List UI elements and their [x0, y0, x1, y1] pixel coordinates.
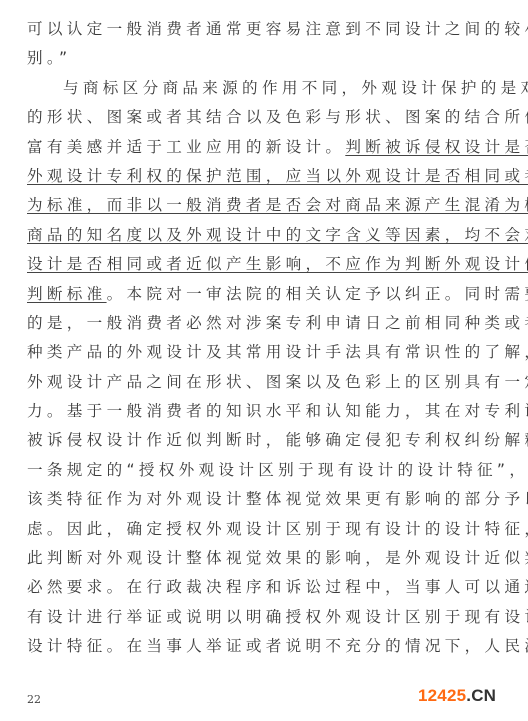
text-line: 必然要求。在行政裁决程序和诉讼过程中，当事人可以通过对现	[27, 573, 467, 602]
text-segment: 设计特征。在当事人举证或者说明不充分的情况下，人民法院也	[27, 637, 528, 655]
text-segment: 必然要求。在行政裁决程序和诉讼过程中，当事人可以通过对现	[27, 578, 528, 596]
text-line: 判断标准。本院对一审法院的相关认定予以纠正。同时需要指出	[27, 280, 467, 309]
text-line: 被诉侵权设计作近似判断时，能够确定侵犯专利权纠纷解释第十	[27, 426, 467, 455]
text-segment: 与商标区分商品来源的作用不同，外观设计保护的是对产品	[63, 79, 528, 97]
text-line: 商品的知名度以及外观设计中的文字含义等因素，均不会对外观	[27, 221, 467, 250]
text-segment: 别。”	[27, 49, 71, 67]
text-line: 该类特征作为对外观设计整体视觉效果更有影响的部分予以考	[27, 485, 467, 514]
text-segment: 的形状、图案或者其结合以及色彩与形状、图案的结合所作出的	[27, 108, 528, 126]
underlined-text: 为标准，而非以一般消费者是否会对商品来源产生混淆为标准。	[27, 196, 528, 214]
text-segment: 的是，一般消费者必然对涉案专利申请日之前相同种类或者相近	[27, 314, 528, 332]
text-line: 别。”	[27, 44, 467, 73]
document-body: 可以认定一般消费者通常更容易注意到不同设计之间的较小区别。”与商标区分商品来源的…	[27, 15, 467, 662]
text-line: 种类产品的外观设计及其常用设计手法具有常识性的了解，并对	[27, 338, 467, 367]
text-line: 有设计进行举证或说明以明确授权外观设计区别于现有设计的	[27, 603, 467, 632]
text-line: 虑。因此，确定授权外观设计区别于现有设计的设计特征，并据	[27, 515, 467, 544]
site-watermark-logo: 12425.CN	[418, 686, 496, 706]
text-segment: 此判断对外观设计整体视觉效果的影响，是外观设计近似判断的	[27, 549, 528, 567]
text-segment: 可以认定一般消费者通常更容易注意到不同设计之间的较小区	[27, 20, 528, 38]
underlined-text: 判断标准	[27, 285, 107, 303]
text-line: 的形状、图案或者其结合以及色彩与形状、图案的结合所作出的	[27, 103, 467, 132]
text-line: 一条规定的“授权外观设计区别于现有设计的设计特征”，并将	[27, 456, 467, 485]
text-line: 可以认定一般消费者通常更容易注意到不同设计之间的较小区	[27, 15, 467, 44]
text-segment: 力。基于一般消费者的知识水平和认知能力，其在对专利设计和	[27, 402, 528, 420]
text-line: 外观设计专利权的保护范围，应当以外观设计是否相同或者近似	[27, 162, 467, 191]
underlined-text: 商品的知名度以及外观设计中的文字含义等因素，均不会对外观	[27, 226, 528, 244]
text-line: 富有美感并适于工业应用的新设计。判断被诉侵权设计是否落入	[27, 133, 467, 162]
watermark-number: 12425	[418, 686, 466, 705]
text-line: 外观设计产品之间在形状、图案以及色彩上的区别具有一定分辨	[27, 368, 467, 397]
text-line: 力。基于一般消费者的知识水平和认知能力，其在对专利设计和	[27, 397, 467, 426]
text-line: 为标准，而非以一般消费者是否会对商品来源产生混淆为标准。	[27, 191, 467, 220]
text-segment: 被诉侵权设计作近似判断时，能够确定侵犯专利权纠纷解释第十	[27, 431, 528, 449]
text-segment: 种类产品的外观设计及其常用设计手法具有常识性的了解，并对	[27, 343, 528, 361]
page-number: 22	[27, 693, 41, 706]
underlined-text: 设计是否相同或者近似产生影响，不应作为判断外观设计侵权的	[27, 255, 528, 273]
underlined-text: 判断被诉侵权设计是否落入	[345, 138, 528, 156]
text-segment: 该类特征作为对外观设计整体视觉效果更有影响的部分予以考	[27, 490, 528, 508]
text-line: 的是，一般消费者必然对涉案专利申请日之前相同种类或者相近	[27, 309, 467, 338]
text-segment: 一条规定的“授权外观设计区别于现有设计的设计特征”，并将	[27, 461, 528, 479]
document-page: 可以认定一般消费者通常更容易注意到不同设计之间的较小区别。”与商标区分商品来源的…	[0, 0, 528, 721]
text-line: 与商标区分商品来源的作用不同，外观设计保护的是对产品	[27, 74, 467, 103]
text-line: 此判断对外观设计整体视觉效果的影响，是外观设计近似判断的	[27, 544, 467, 573]
watermark-domain: .CN	[466, 686, 496, 705]
underlined-text: 外观设计专利权的保护范围，应当以外观设计是否相同或者近似	[27, 167, 528, 185]
text-segment: 富有美感并适于工业应用的新设计。	[27, 138, 345, 156]
text-segment: 。本院对一审法院的相关认定予以纠正。同时需要指出	[107, 285, 528, 303]
text-segment: 外观设计产品之间在形状、图案以及色彩上的区别具有一定分辨	[27, 373, 528, 391]
text-line: 设计是否相同或者近似产生影响，不应作为判断外观设计侵权的	[27, 250, 467, 279]
text-line: 设计特征。在当事人举证或者说明不充分的情况下，人民法院也	[27, 632, 467, 661]
text-segment: 有设计进行举证或说明以明确授权外观设计区别于现有设计的	[27, 608, 528, 626]
text-segment: 虑。因此，确定授权外观设计区别于现有设计的设计特征，并据	[27, 520, 528, 538]
